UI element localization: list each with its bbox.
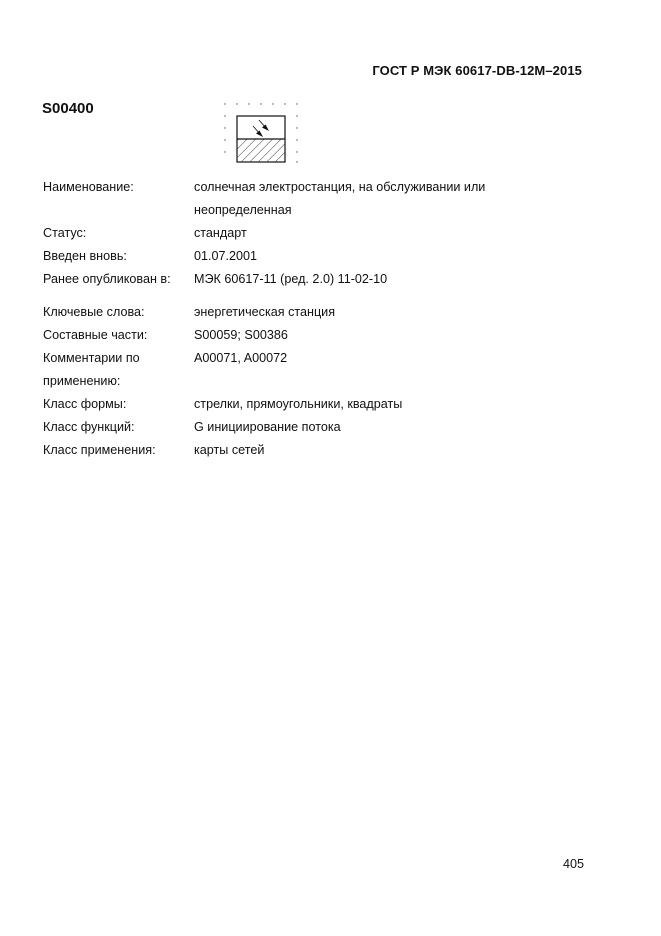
field-label: Ключевые слова:	[43, 301, 193, 324]
field-value: A00071, A00072	[194, 347, 287, 370]
field-value: стандарт	[194, 222, 247, 245]
field-label: Ранее опубликован в:	[43, 268, 193, 291]
solar-power-station-symbol-icon	[219, 99, 305, 169]
field-label: Статус:	[43, 222, 193, 245]
field-label: Комментарии по	[43, 347, 193, 370]
field-value: энергетическая станция	[194, 301, 335, 324]
field-label: Класс применения:	[43, 439, 193, 462]
field-value: солнечная электростанция, на обслуживани…	[194, 176, 485, 199]
page-number: 405	[563, 857, 584, 871]
symbol-code: S00400	[42, 100, 94, 117]
document-standard-header: ГОСТ Р МЭК 60617-DB-12M–2015	[372, 63, 582, 78]
field-value: неопределенная	[194, 199, 292, 222]
field-value: S00059; S00386	[194, 324, 288, 347]
field-label: Наименование:	[43, 176, 193, 199]
field-value: МЭК 60617-11 (ред. 2.0) 11-02-10	[194, 268, 387, 291]
field-label: Класс формы:	[43, 393, 193, 416]
field-label: Составные части:	[43, 324, 193, 347]
field-value: G инициирование потока	[194, 416, 341, 439]
field-label: Класс функций:	[43, 416, 193, 439]
field-value: 01.07.2001	[194, 245, 257, 268]
field-value: карты сетей	[194, 439, 264, 462]
field-label: применению:	[43, 370, 193, 393]
field-label: Введен вновь:	[43, 245, 193, 268]
field-value: стрелки, прямоугольники, квадраты	[194, 393, 402, 416]
